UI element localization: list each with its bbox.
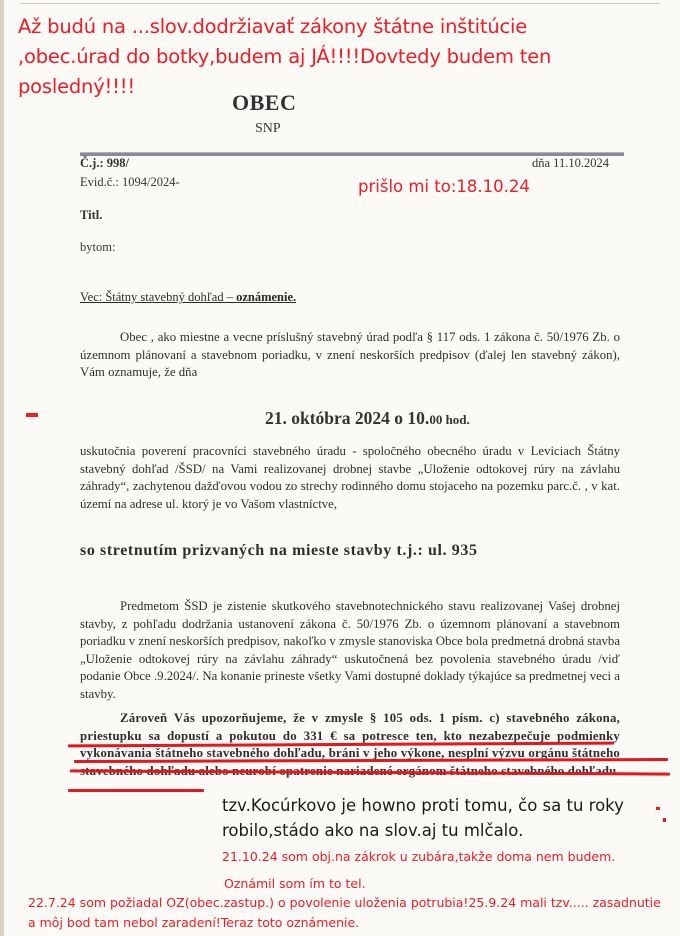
inspection-date-small: 00 hod. — [429, 412, 469, 427]
annotation-comment: tzv.Kocúrkovo je howno proti tomu, čo sa… — [222, 793, 642, 843]
letterhead-address: SNP — [255, 121, 281, 137]
subject-line: Vec: Štátny stavebný dohľad – oznámenie. — [80, 290, 296, 305]
annotation-received-date: prišlo mi to:18.10.24 — [358, 177, 530, 196]
annotation-headline: Až budú na ...slov.dodržiavať zákony štá… — [18, 12, 618, 102]
red-underline — [68, 789, 204, 792]
subject-bold: oznámenie. — [236, 290, 296, 304]
reference-number: Č.j.: 998/ — [80, 156, 129, 171]
evidence-number: Evid.č.: 1094/2024- — [80, 175, 180, 190]
paragraph-inspection: uskutočnia poverení pracovníci stavebnéh… — [80, 443, 620, 513]
page-edge — [0, 0, 4, 936]
annotation-phone-note: Oznámil som ím to tel. — [224, 876, 366, 891]
page-top-border — [20, 3, 660, 4]
inspection-date-main: 21. októbra 2024 o 10. — [265, 408, 429, 428]
letterhead-title: OBEC — [232, 90, 296, 116]
red-dot-mark — [663, 818, 666, 822]
paragraph-subject: Predmetom ŠSD je zistenie skutkového sta… — [80, 598, 620, 703]
paragraph-meeting: so stretnutím prizvaných na mieste stavb… — [80, 540, 620, 561]
paragraph-intro: Obec , ako miestne a vecne príslušný sta… — [80, 329, 620, 382]
issue-date: dňa 11.10.2024 — [532, 156, 609, 171]
inspection-date: 21. októbra 2024 o 10.00 hod. — [265, 408, 470, 429]
annotation-dentist-note: 21.10.24 som obj.na zákrok u zubára,takž… — [222, 849, 615, 864]
recipient-address: bytom: — [80, 240, 115, 255]
red-dash-mark — [26, 413, 38, 417]
recipient-title: Titl. — [80, 208, 102, 223]
subject-prefix: Vec: Štátny stavebný dohľad – — [80, 290, 236, 304]
annotation-history-note: 22.7.24 som požiadal OZ(obec.zastup.) o … — [28, 893, 668, 933]
red-dot-mark — [656, 807, 660, 810]
